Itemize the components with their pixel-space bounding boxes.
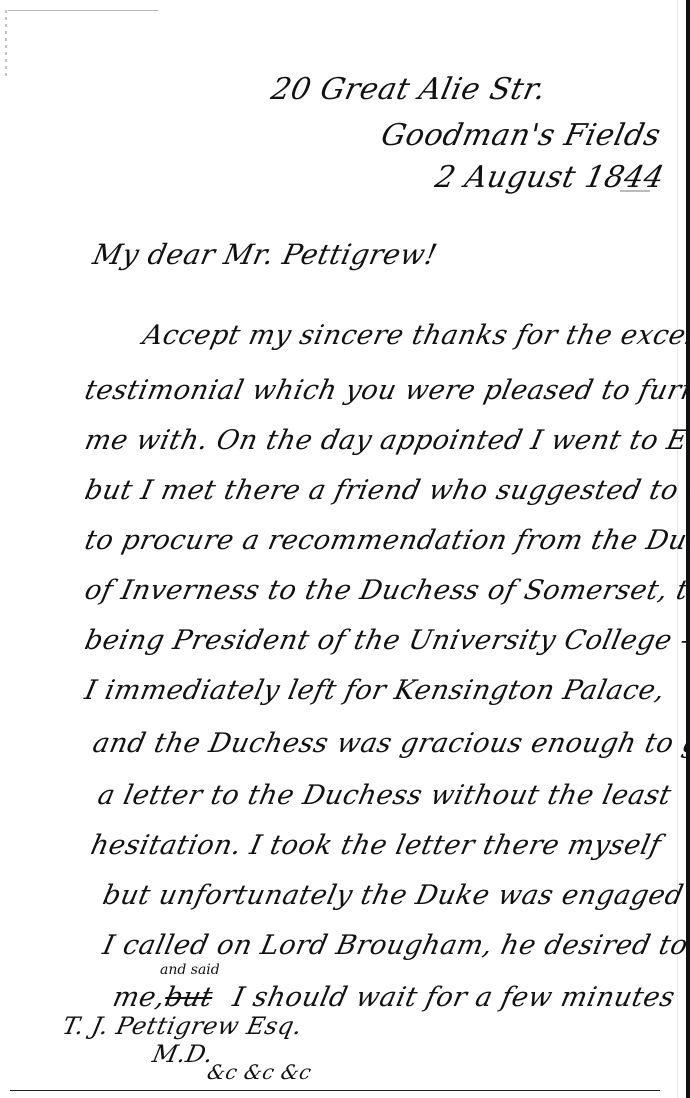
body-line: being President of the University Colleg…: [82, 625, 690, 656]
body-line: a letter to the Duchess without the leas…: [95, 780, 674, 811]
body-line: testimonial which you were pleased to fu…: [82, 375, 690, 406]
body-line: me with. On the day appointed I went to …: [82, 425, 690, 456]
body-line: Accept my sincere thanks for the excelle…: [140, 320, 690, 351]
body-line: to procure a recommendation from the Duc…: [82, 525, 690, 556]
final-line-start: me,: [110, 982, 168, 1013]
body-line: hesitation. I took the letter there myse…: [88, 830, 664, 861]
address-district: Goodman's Fields: [378, 118, 664, 153]
interlinear-insertion: and said: [160, 962, 220, 978]
scan-edge-speckle: [5, 10, 7, 80]
recipient-title: M.D.: [150, 1040, 216, 1068]
body-line: but I met there a friend who suggested t…: [82, 475, 690, 506]
recipient-name: T. J. Pettigrew Esq.: [60, 1012, 305, 1040]
address-street: 20 Great Alie Str.: [268, 72, 549, 107]
final-line-rest: I should wait for a few minutes: [230, 982, 678, 1013]
recipient-etc: &c &c &c: [205, 1060, 314, 1084]
scan-edge-bottom-rule: [10, 1090, 660, 1091]
ink-smudge: [620, 190, 650, 192]
body-line: I called on Lord Brougham, he desired to…: [100, 930, 690, 961]
body-line: but unfortunately the Duke was engaged —: [100, 880, 690, 911]
body-line: and the Duchess was gracious enough to g…: [90, 728, 690, 759]
salutation: My dear Mr. Pettigrew!: [90, 238, 440, 271]
scan-edge-rule: [8, 10, 158, 11]
letter-page: 20 Great Alie Str. Goodman's Fields 2 Au…: [0, 0, 690, 1098]
struck-word: but: [162, 982, 216, 1013]
body-line: of Inverness to the Duchess of Somerset,…: [82, 575, 690, 606]
body-line: I immediately left for Kensington Palace…: [82, 675, 668, 706]
